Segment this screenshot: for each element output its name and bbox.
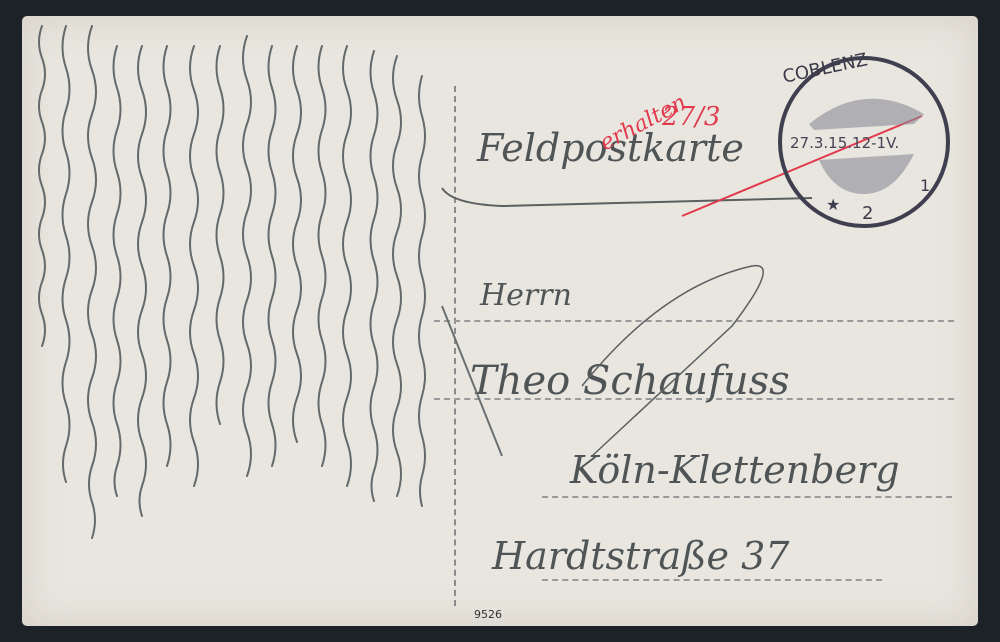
printed-card-number: 9526	[474, 608, 502, 621]
handwriting-flourish	[22, 16, 978, 626]
postcard-back: 27/3.15 Handwritten message in old Germa…	[22, 16, 978, 626]
